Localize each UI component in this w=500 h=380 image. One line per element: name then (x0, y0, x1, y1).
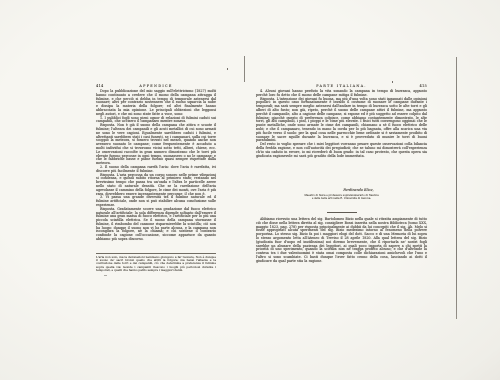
ink-speck (392, 81, 393, 83)
left-page: 414 APPENDICE Dopo la pubblicazione del … (96, 84, 216, 276)
letter-paragraph: Abbiamo ricevuto una lettera del sig. Ba… (256, 218, 427, 264)
signature-titles: Maestro di fisica e professore soprannum… (256, 194, 427, 200)
paragraph: Dopo la pubblicazione del mio saggio sul… (96, 90, 216, 117)
signature-block: Ferdinando Elice, Maestro di fisica e pr… (256, 188, 427, 200)
right-body-text: 4. Alcuni giovani hanno perduto la vita … (256, 90, 427, 158)
paragraph: Risposta. L'aria percossa da un corpo so… (96, 174, 216, 197)
right-page: PARTE ITALIANA. 415 4. Alcuni giovani ha… (256, 84, 427, 284)
right-running-title: PARTE ITALIANA. (316, 84, 367, 88)
left-footnote: L'aria non solo, ma le detonazioni nemme… (96, 253, 216, 273)
ink-speck (104, 275, 107, 276)
section-separator-rule (327, 212, 357, 213)
page-edge-line (456, 57, 457, 319)
signature-title-line: e delle belle arti nella R. Università d… (256, 197, 427, 200)
letter-notice: Abbiamo ricevuto una lettera del sig. Ba… (256, 218, 427, 264)
paragraph: Risposta. Gradatamente scorre una gradaz… (96, 208, 216, 242)
scanned-sheet: 414 APPENDICE Dopo la pubblicazione del … (0, 0, 500, 380)
paragraph: Risposta. Non è già il suono della campa… (96, 124, 216, 166)
paragraph: Del resto io voglio sperare che i miei l… (256, 143, 427, 158)
footnote-text: L'aria non solo, ma le detonazioni nemme… (96, 256, 216, 273)
signature-name: Ferdinando Elice, (256, 188, 427, 192)
paragraph: Risposta. L'intenzione dei giovani fu bu… (256, 98, 427, 144)
left-running-title: APPENDICE (139, 84, 172, 88)
footnote-rule (96, 253, 216, 254)
gutter-mark (244, 56, 245, 82)
paragraph: 3. Vi passa una grande diversità tra il … (96, 196, 216, 207)
left-body-text: Dopo la pubblicazione del mio saggio sul… (96, 90, 216, 242)
ink-speck (227, 68, 228, 70)
